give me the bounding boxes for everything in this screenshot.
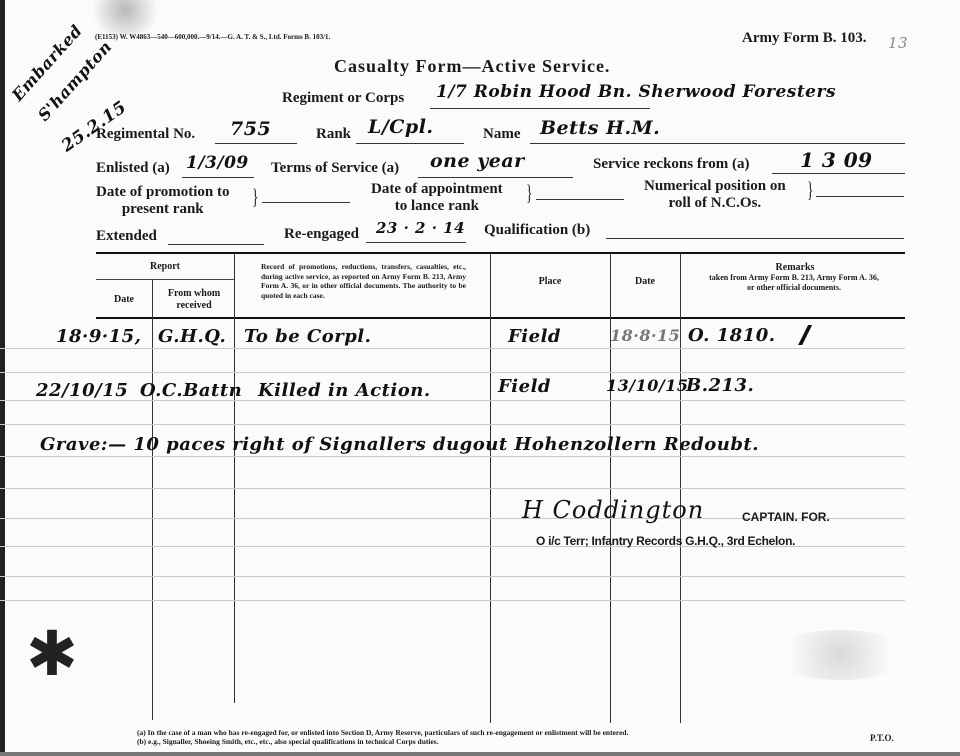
brace: } xyxy=(526,180,532,206)
row1-date2: 18·8·15 xyxy=(610,326,680,345)
ruled-line xyxy=(0,488,905,489)
terms-label: Terms of Service (a) xyxy=(271,160,399,177)
header-place: Place xyxy=(490,276,610,288)
row1-remarks: O. 1810. xyxy=(688,325,776,346)
row2-record: Killed in Action. xyxy=(258,380,431,401)
appointment-label-line2: to lance rank xyxy=(371,198,503,215)
enlisted-value: 1/3/09 xyxy=(186,153,249,173)
name-underline xyxy=(530,143,905,144)
terms-underline xyxy=(418,177,573,178)
col-divider xyxy=(234,253,235,703)
appointment-label: Date of appointment to lance rank xyxy=(371,181,503,215)
form-title: Casualty Form—Active Service. xyxy=(334,56,610,77)
row2-from: O.C.Battn xyxy=(140,380,242,401)
ruled-line xyxy=(0,348,905,349)
header-record: Record of promotions, reductions, transf… xyxy=(261,262,466,300)
ruled-line xyxy=(0,400,905,401)
col-divider xyxy=(152,280,153,720)
report-split-rule xyxy=(96,279,235,280)
promotion-label-line2: present rank xyxy=(96,201,229,218)
rank-label: Rank xyxy=(316,126,351,143)
numerical-label-line2: roll of N.C.Os. xyxy=(644,195,786,212)
row1-tally-mark: /// xyxy=(800,320,802,349)
regiment-underline xyxy=(430,108,650,109)
ink-smudge xyxy=(770,630,910,680)
table-top-rule xyxy=(96,252,905,254)
promotion-label: Date of promotion to present rank xyxy=(96,184,229,218)
service-reckons-label: Service reckons from (a) xyxy=(593,156,749,173)
officer-signature: H Coddington xyxy=(522,496,704,524)
row1-from: G.H.Q. xyxy=(158,326,226,347)
extended-underline xyxy=(168,244,264,245)
grave-note: Grave:— 10 paces right of Signallers dug… xyxy=(40,434,759,455)
ruled-line xyxy=(0,456,905,457)
extended-label: Extended xyxy=(96,228,157,245)
header-date: Date xyxy=(96,294,152,306)
casualty-form-page: (E1153) W. W4863—540—600,000.—9/14.—G. A… xyxy=(0,0,960,756)
ink-smudge xyxy=(85,0,165,35)
ruled-line xyxy=(0,424,905,425)
promotion-underline xyxy=(262,202,350,203)
scan-left-edge xyxy=(0,0,5,756)
reengaged-label: Re-engaged xyxy=(284,226,359,243)
footnote-b: (b) e.g., Signaller, Shoeing Smith, etc.… xyxy=(137,737,439,746)
row1-place: Field xyxy=(508,326,561,347)
row2-remarks: B.213. xyxy=(686,375,754,396)
corner-mark: 13 xyxy=(888,34,908,52)
ruled-line xyxy=(0,576,905,577)
regimental-no-underline xyxy=(215,143,297,144)
reengaged-underline xyxy=(366,242,466,243)
enlisted-label: Enlisted (a) xyxy=(96,160,170,177)
records-office-stamp: O i/c Terr; Infantry Records G.H.Q., 3rd… xyxy=(536,534,795,548)
table-header-bottom-rule xyxy=(96,317,905,319)
regimental-no-value: 755 xyxy=(230,118,271,140)
reengaged-value: 23 · 2 · 14 xyxy=(376,219,465,237)
header-remarks-sub: taken from Army Form B. 213, Army Form A… xyxy=(706,273,882,293)
regimental-no-label: Regimental No. xyxy=(96,126,195,143)
ruled-line xyxy=(0,372,905,373)
enlisted-underline xyxy=(182,177,254,178)
form-number: Army Form B. 103. xyxy=(742,30,867,47)
row1-record: To be Corpl. xyxy=(244,326,371,347)
row2-date2: 13/10/15 xyxy=(606,376,688,395)
header-date2: Date xyxy=(610,276,680,288)
name-label: Name xyxy=(483,126,521,143)
qualification-label: Qualification (b) xyxy=(484,222,590,239)
print-line: (E1153) W. W4863—540—600,000.—9/14.—G. A… xyxy=(95,33,330,41)
appointment-label-line1: Date of appointment xyxy=(371,181,503,198)
pto-mark: P.T.O. xyxy=(870,733,894,743)
numerical-label-line1: Numerical position on xyxy=(644,178,786,195)
row2-place: Field xyxy=(498,376,551,397)
rank-underline xyxy=(356,143,464,144)
signature-title: CAPTAIN. FOR. xyxy=(742,510,830,524)
service-reckons-value: 1 3 09 xyxy=(800,148,873,172)
footnote-a: (a) In the case of a man who has re-enga… xyxy=(137,728,628,737)
rank-value: L/Cpl. xyxy=(368,116,434,138)
terms-value: one year xyxy=(430,150,525,172)
brace: } xyxy=(252,184,258,210)
scan-bottom-edge xyxy=(0,752,960,756)
qualification-underline xyxy=(606,238,904,239)
appointment-underline xyxy=(536,199,624,200)
numerical-underline xyxy=(816,196,904,197)
row2-date: 22/10/15 xyxy=(36,380,128,401)
promotion-label-line1: Date of promotion to xyxy=(96,184,229,201)
row1-date: 18·9·15, xyxy=(56,326,141,347)
numerical-position-label: Numerical position on roll of N.C.Os. xyxy=(644,178,786,212)
asterisk-mark: ✱ xyxy=(26,624,78,686)
regiment-value: 1/7 Robin Hood Bn. Sherwood Foresters xyxy=(436,82,836,102)
regiment-label: Regiment or Corps xyxy=(282,90,404,107)
header-report: Report xyxy=(96,261,234,273)
service-reckons-underline xyxy=(772,173,905,174)
name-value: Betts H.M. xyxy=(540,117,660,139)
ruled-line xyxy=(0,600,905,601)
brace: } xyxy=(807,177,813,203)
header-from-whom: From whom received xyxy=(154,288,234,312)
